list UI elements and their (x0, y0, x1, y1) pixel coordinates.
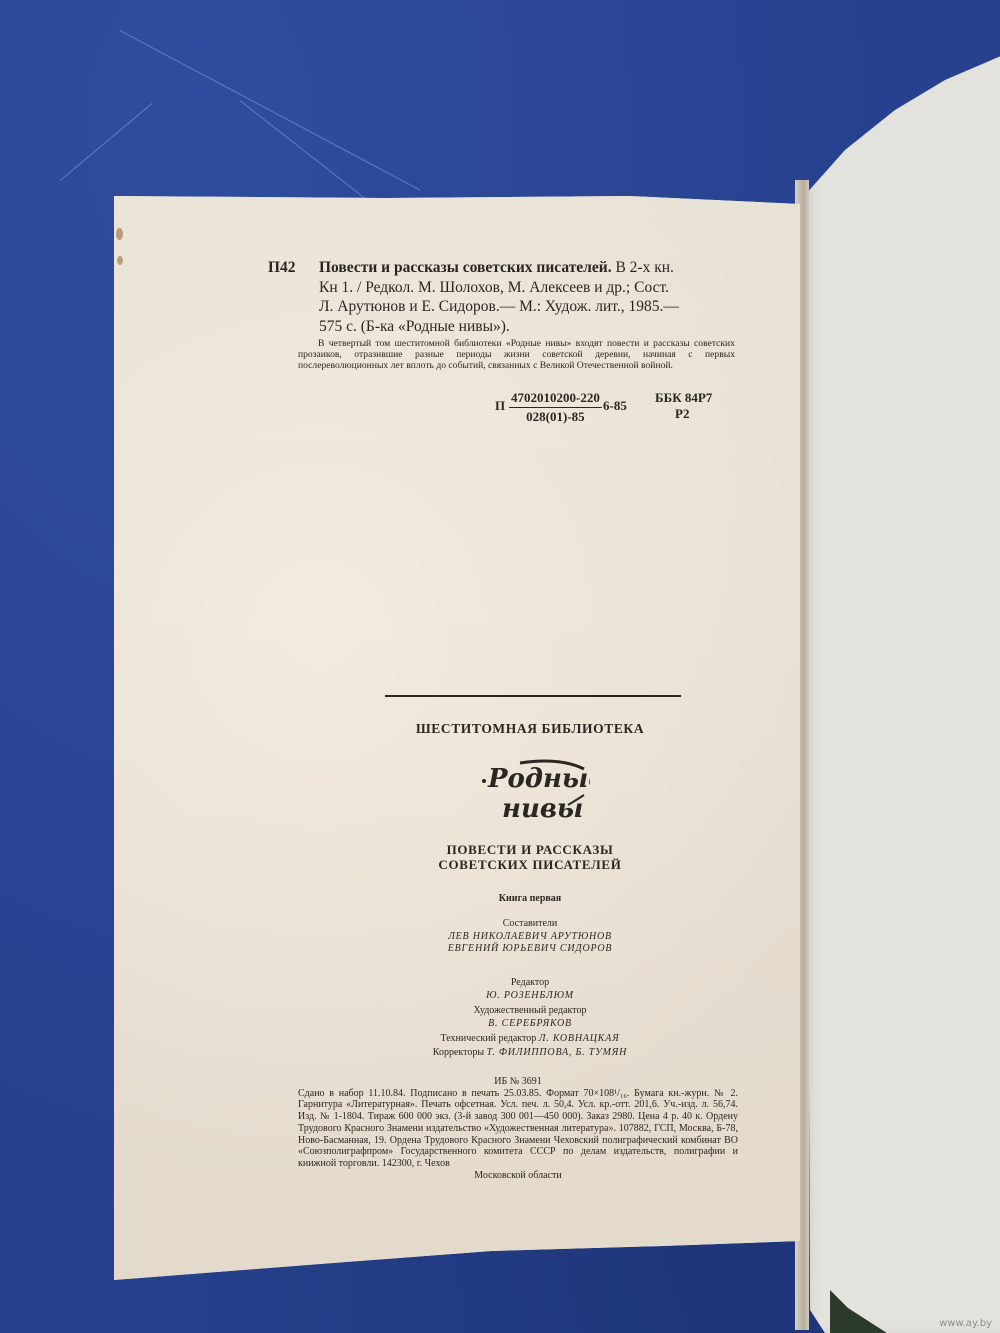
imprint-text: Сдано в набор 11.10.84. Подписано в печа… (298, 1088, 738, 1169)
classification-fraction: 4702010200-220 028(01)-85 (509, 390, 602, 425)
catalog-line: Кн 1. / Редкол. М. Шолохов, М. Алексеев … (319, 278, 768, 298)
tech-editor-line: Технический редактор Л. КОВНАЦКАЯ (300, 1033, 760, 1045)
annotation: В четвертый том шеститомной библиотеки «… (298, 338, 735, 371)
bbk-code-2: Р2 (675, 406, 689, 422)
catalog-title: Повести и рассказы советских писателей. (319, 259, 612, 276)
page-stain (116, 228, 123, 240)
classification-numerator: 4702010200-220 (509, 390, 602, 408)
catalog-line: Л. Арутюнов и Е. Сидоров.— М.: Худож. ли… (319, 297, 768, 317)
rodnye-nivy-logo: Родные нивы (480, 755, 590, 825)
imprint: ИБ № 3691 Сдано в набор 11.10.84. Подпис… (298, 1076, 738, 1181)
book-title-line: СОВЕТСКИХ ПИСАТЕЛЕЙ (300, 857, 760, 872)
art-editor-name: В. СЕРЕБРЯКОВ (300, 1018, 760, 1030)
classification-prefix: П (495, 398, 505, 414)
tech-editor-name: Л. КОВНАЦКАЯ (539, 1033, 620, 1044)
compilers-label: Составители (300, 918, 760, 930)
book-title: ПОВЕСТИ И РАССКАЗЫ СОВЕТСКИХ ПИСАТЕЛЕЙ (300, 842, 760, 872)
bbk-code: ББК 84Р7 (655, 390, 712, 406)
classification-suffix: 6-85 (603, 398, 627, 414)
catalog-line: 575 с. (Б-ка «Родные нивы»). (319, 317, 768, 337)
imprint-last-line: Московской области (298, 1170, 738, 1182)
catalog-entry: П42 Повести и рассказы советских писател… (268, 258, 768, 336)
right-page (805, 0, 1000, 1333)
catalog-code: П42 (268, 258, 296, 278)
svg-text:нивы: нивы (502, 794, 583, 824)
divider-rule (385, 695, 681, 697)
tech-editor-label: Технический редактор (440, 1033, 538, 1044)
catalog-line: В 2-х кн. (612, 259, 674, 276)
editor-name: Ю. РОЗЕНБЛЮМ (300, 990, 760, 1002)
annotation-text: В четвертый том шеститомной библиотеки «… (298, 338, 735, 371)
proofreaders-names: Т. ФИЛИППОВА, Б. ТУМЯН (487, 1047, 628, 1058)
classification-denominator: 028(01)-85 (509, 408, 602, 425)
watermark: www.ay.by (939, 1318, 992, 1329)
editor-label: Редактор (300, 977, 760, 989)
page-stain (117, 256, 123, 265)
proofreaders-label: Корректоры (433, 1047, 487, 1058)
compiler-name: ЛЕВ НИКОЛАЕВИЧ АРУТЮНОВ (300, 931, 760, 943)
classification-block: П 4702010200-220 028(01)-85 6-85 ББК 84Р… (495, 390, 715, 424)
art-editor-label: Художественный редактор (300, 1005, 760, 1017)
svg-text:Родные: Родные (487, 764, 590, 794)
compiler-name: ЕВГЕНИЙ ЮРЬЕВИЧ СИДОРОВ (300, 943, 760, 955)
volume-label: Книга первая (300, 893, 760, 904)
series-title: ШЕСТИТОМНАЯ БИБЛИОТЕКА (300, 721, 760, 737)
imprint-ib: ИБ № 3691 (298, 1076, 738, 1088)
proofreaders-line: Корректоры Т. ФИЛИППОВА, Б. ТУМЯН (300, 1047, 760, 1059)
book-title-line: ПОВЕСТИ И РАССКАЗЫ (300, 842, 760, 857)
